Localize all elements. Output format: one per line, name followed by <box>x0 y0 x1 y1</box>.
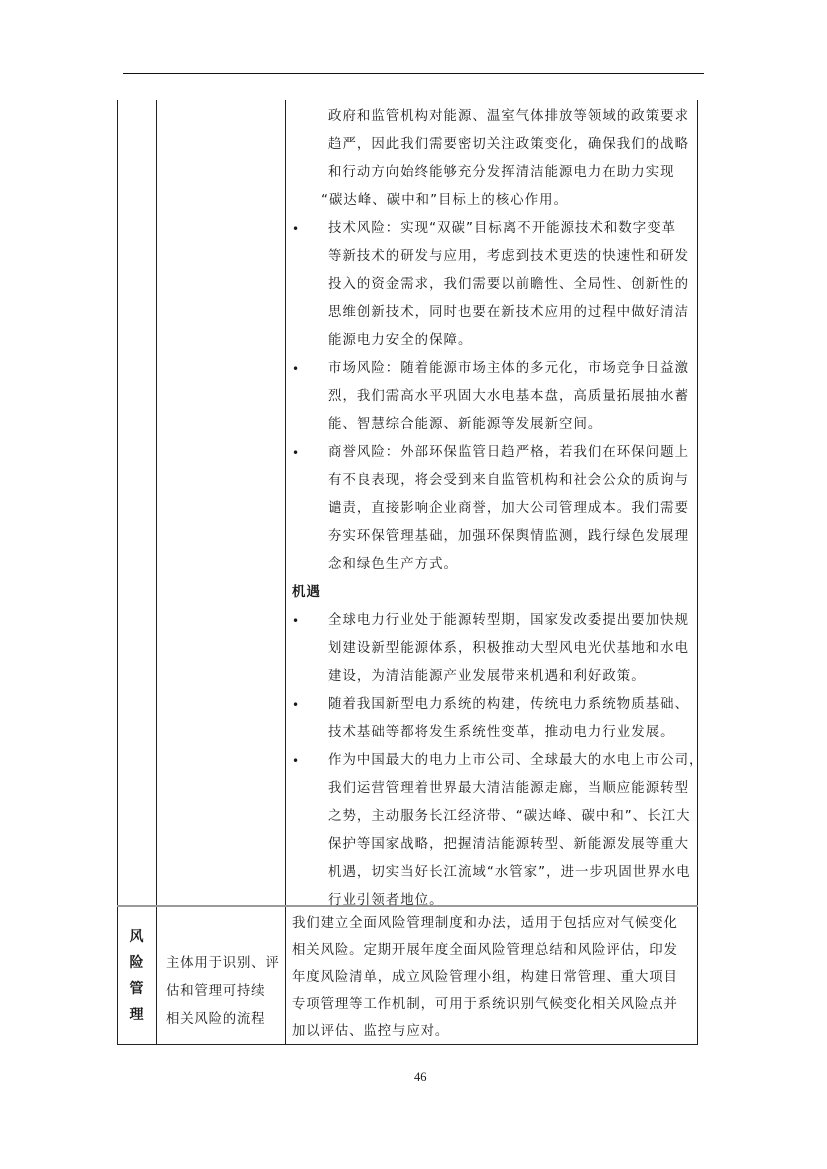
text-line: 之势，主动服务长江经济带、“碳达峰、碳中和”、长江大 <box>292 803 703 831</box>
category-char: 管 <box>117 976 156 1002</box>
text-line: 念和绿色生产方式。 <box>292 551 703 579</box>
text-line: 作为中国最大的电力上市公司、全球最大的水电上市公司， <box>292 747 703 775</box>
text-line: 能源电力安全的保障。 <box>292 327 703 355</box>
text-line: 我们建立全面风险管理制度和办法，适用于包括应对气候变化 <box>292 910 678 937</box>
page-number: 46 <box>414 1070 427 1085</box>
category-char: 理 <box>117 1002 156 1028</box>
bullet-icon: • <box>292 607 300 635</box>
text-line: 年度风险清单，成立风险管理小组，构建日常管理、重大项目 <box>292 964 678 991</box>
bullet-icon: • <box>292 439 300 467</box>
bullet-icon: • <box>292 355 300 383</box>
market-risk-item: • 市场风险：随着能源市场主体的多元化，市场竞争日益激 烈，我们需高水平巩固大水… <box>292 355 703 439</box>
page-header-rule <box>123 73 704 74</box>
technology-risk-item: • 技术风险：实现“双碳”目标离不开能源技术和数字变革 等新技术的研发与应用，考… <box>292 215 703 355</box>
text-line: 和行动方向始终能够充分发挥清洁能源电力在助力实现 <box>292 159 703 187</box>
text-line: 市场风险：随着能源市场主体的多元化，市场竞争日益激 <box>292 355 703 383</box>
risks-opportunities-cell: 政府和监管机构对能源、温室气体排放等领域的政策要求 趋严，因此我们需要密切关注政… <box>292 103 703 915</box>
policy-risk-continuation: 政府和监管机构对能源、温室气体排放等领域的政策要求 趋严，因此我们需要密切关注政… <box>292 103 703 215</box>
bullet-icon: • <box>292 215 300 243</box>
text-line: 能、智慧综合能源、新能源等发展新空间。 <box>292 411 703 439</box>
bullet-icon: • <box>292 691 300 719</box>
text-line: 我们运营管理着世界最大清洁能源走廊，当顺应能源转型 <box>292 775 703 803</box>
text-line: 随着我国新型电力系统的构建，传统电力系统物质基础、 <box>292 691 703 719</box>
text-line: 机遇，切实当好长江流域“水管家”，进一步巩固世界水电 <box>292 859 703 887</box>
text-line: 技术基础等都将发生系统性变革，推动电力行业发展。 <box>292 719 703 747</box>
text-line: 全球电力行业处于能源转型期，国家发改委提出要加快规 <box>292 607 703 635</box>
text-line: 建设，为清洁能源产业发展带来机遇和利好政策。 <box>292 663 703 691</box>
column-divider-1 <box>156 100 157 1045</box>
text-line: 谴责，直接影响企业商誉，加大公司管理成本。我们需要 <box>292 495 703 523</box>
table-left-border <box>117 100 118 1045</box>
risk-management-description: 主体用于识别、评 估和管理可持续 相关风险的流程 <box>166 950 280 1034</box>
text-line: 有不良表现，将会受到来自监管机构和社会公众的质询与 <box>292 467 703 495</box>
text-line: 专项管理等工作机制，可用于系统识别气候变化相关风险点并 <box>292 991 678 1018</box>
text-line: 主体用于识别、评 <box>166 950 280 978</box>
text-line: 等新技术的研发与应用，考虑到技术更迭的快速性和研发 <box>292 243 703 271</box>
text-line: 加以评估、监控与应对。 <box>292 1018 678 1045</box>
risk-management-category: 风 险 管 理 <box>117 924 156 1028</box>
risk-management-content: 我们建立全面风险管理制度和办法，适用于包括应对气候变化 相关风险。定期开展年度全… <box>292 910 678 1045</box>
text-line: 保护等国家战略，把握清洁能源转型、新能源发展等重大 <box>292 831 703 859</box>
reputation-risk-item: • 商誉风险：外部环保监管日趋严格，若我们在环保问题上 有不良表现，将会受到来自… <box>292 439 703 579</box>
text-line: 相关风险的流程 <box>166 1006 280 1034</box>
category-char: 险 <box>117 950 156 976</box>
column-divider-2 <box>285 100 286 1045</box>
category-char: 风 <box>117 924 156 950</box>
opportunity-item-largest-hydropower: • 作为中国最大的电力上市公司、全球最大的水电上市公司， 我们运营管理着世界最大… <box>292 747 703 915</box>
text-line: 估和管理可持续 <box>166 978 280 1006</box>
text-line: 政府和监管机构对能源、温室气体排放等领域的政策要求 <box>292 103 703 131</box>
opportunities-heading: 机遇 <box>292 579 703 607</box>
text-line: 夯实环保管理基础，加强环保舆情监测，践行绿色发展理 <box>292 523 703 551</box>
opportunity-item-new-power-system: • 随着我国新型电力系统的构建，传统电力系统物质基础、 技术基础等都将发生系统性… <box>292 691 703 747</box>
opportunity-item-energy-transition: • 全球电力行业处于能源转型期，国家发改委提出要加快规 划建设新型能源体系，积极… <box>292 607 703 691</box>
text-line: 相关风险。定期开展年度全面风险管理总结和风险评估，印发 <box>292 937 678 964</box>
text-line: 烈，我们需高水平巩固大水电基本盘，高质量拓展抽水蓄 <box>292 383 703 411</box>
text-line: 商誉风险：外部环保监管日趋严格，若我们在环保问题上 <box>292 439 703 467</box>
bullet-icon: • <box>292 747 300 775</box>
text-line: 趋严，因此我们需要密切关注政策变化，确保我们的战略 <box>292 131 703 159</box>
text-line: 技术风险：实现“双碳”目标离不开能源技术和数字变革 <box>292 215 703 243</box>
text-line: 划建设新型能源体系，积极推动大型风电光伏基地和水电 <box>292 635 703 663</box>
text-line: 思维创新技术，同时也要在新技术应用的过程中做好清洁 <box>292 299 703 327</box>
text-line: 投入的资金需求，我们需要以前瞻性、全局性、创新性的 <box>292 271 703 299</box>
text-line: “碳达峰、碳中和”目标上的核心作用。 <box>292 187 703 215</box>
